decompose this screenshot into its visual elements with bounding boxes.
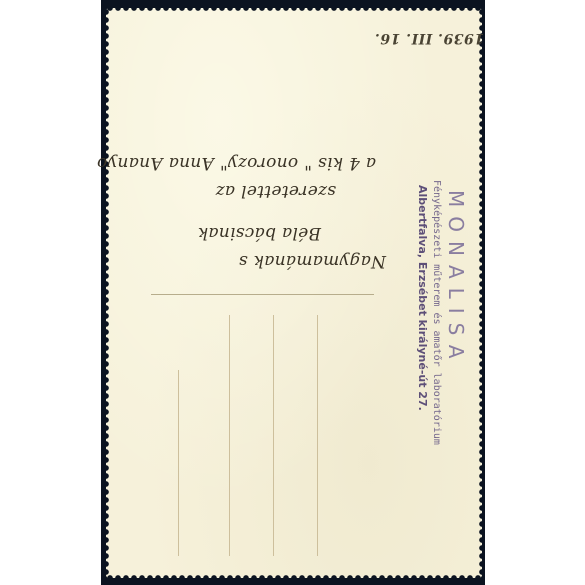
handwritten-line-1: Nagymamának s [216,251,386,271]
handwritten-line-2: Béla bácsinak [216,223,321,243]
vertical-rule-2 [229,315,230,556]
postcard-back: 1939. III. 16. Nagymamának s Béla bácsin… [106,8,482,578]
studio-stamp-address: Albertfalva, Erzsébet királyné-út 27. [416,185,429,411]
handwritten-line-3: szeretettel az [216,181,336,201]
studio-stamp-subtitle: Fényképészeti műterem és amatőr laborató… [431,180,442,445]
vertical-rule-1 [178,370,179,556]
handwritten-date: 1939. III. 16. [374,24,484,46]
scalloped-edge-right [479,8,485,578]
handwritten-line-4: a 4 kis " onorozy" Anna Ananyo [176,153,376,173]
scalloped-edge-bottom [106,575,482,581]
vertical-rule-4 [317,315,318,556]
address-divider-line [151,294,374,295]
scalloped-edge-top [106,5,482,11]
studio-stamp-title: MONALISA [444,190,468,367]
scalloped-edge-left [103,8,109,578]
vertical-rule-3 [273,315,274,556]
